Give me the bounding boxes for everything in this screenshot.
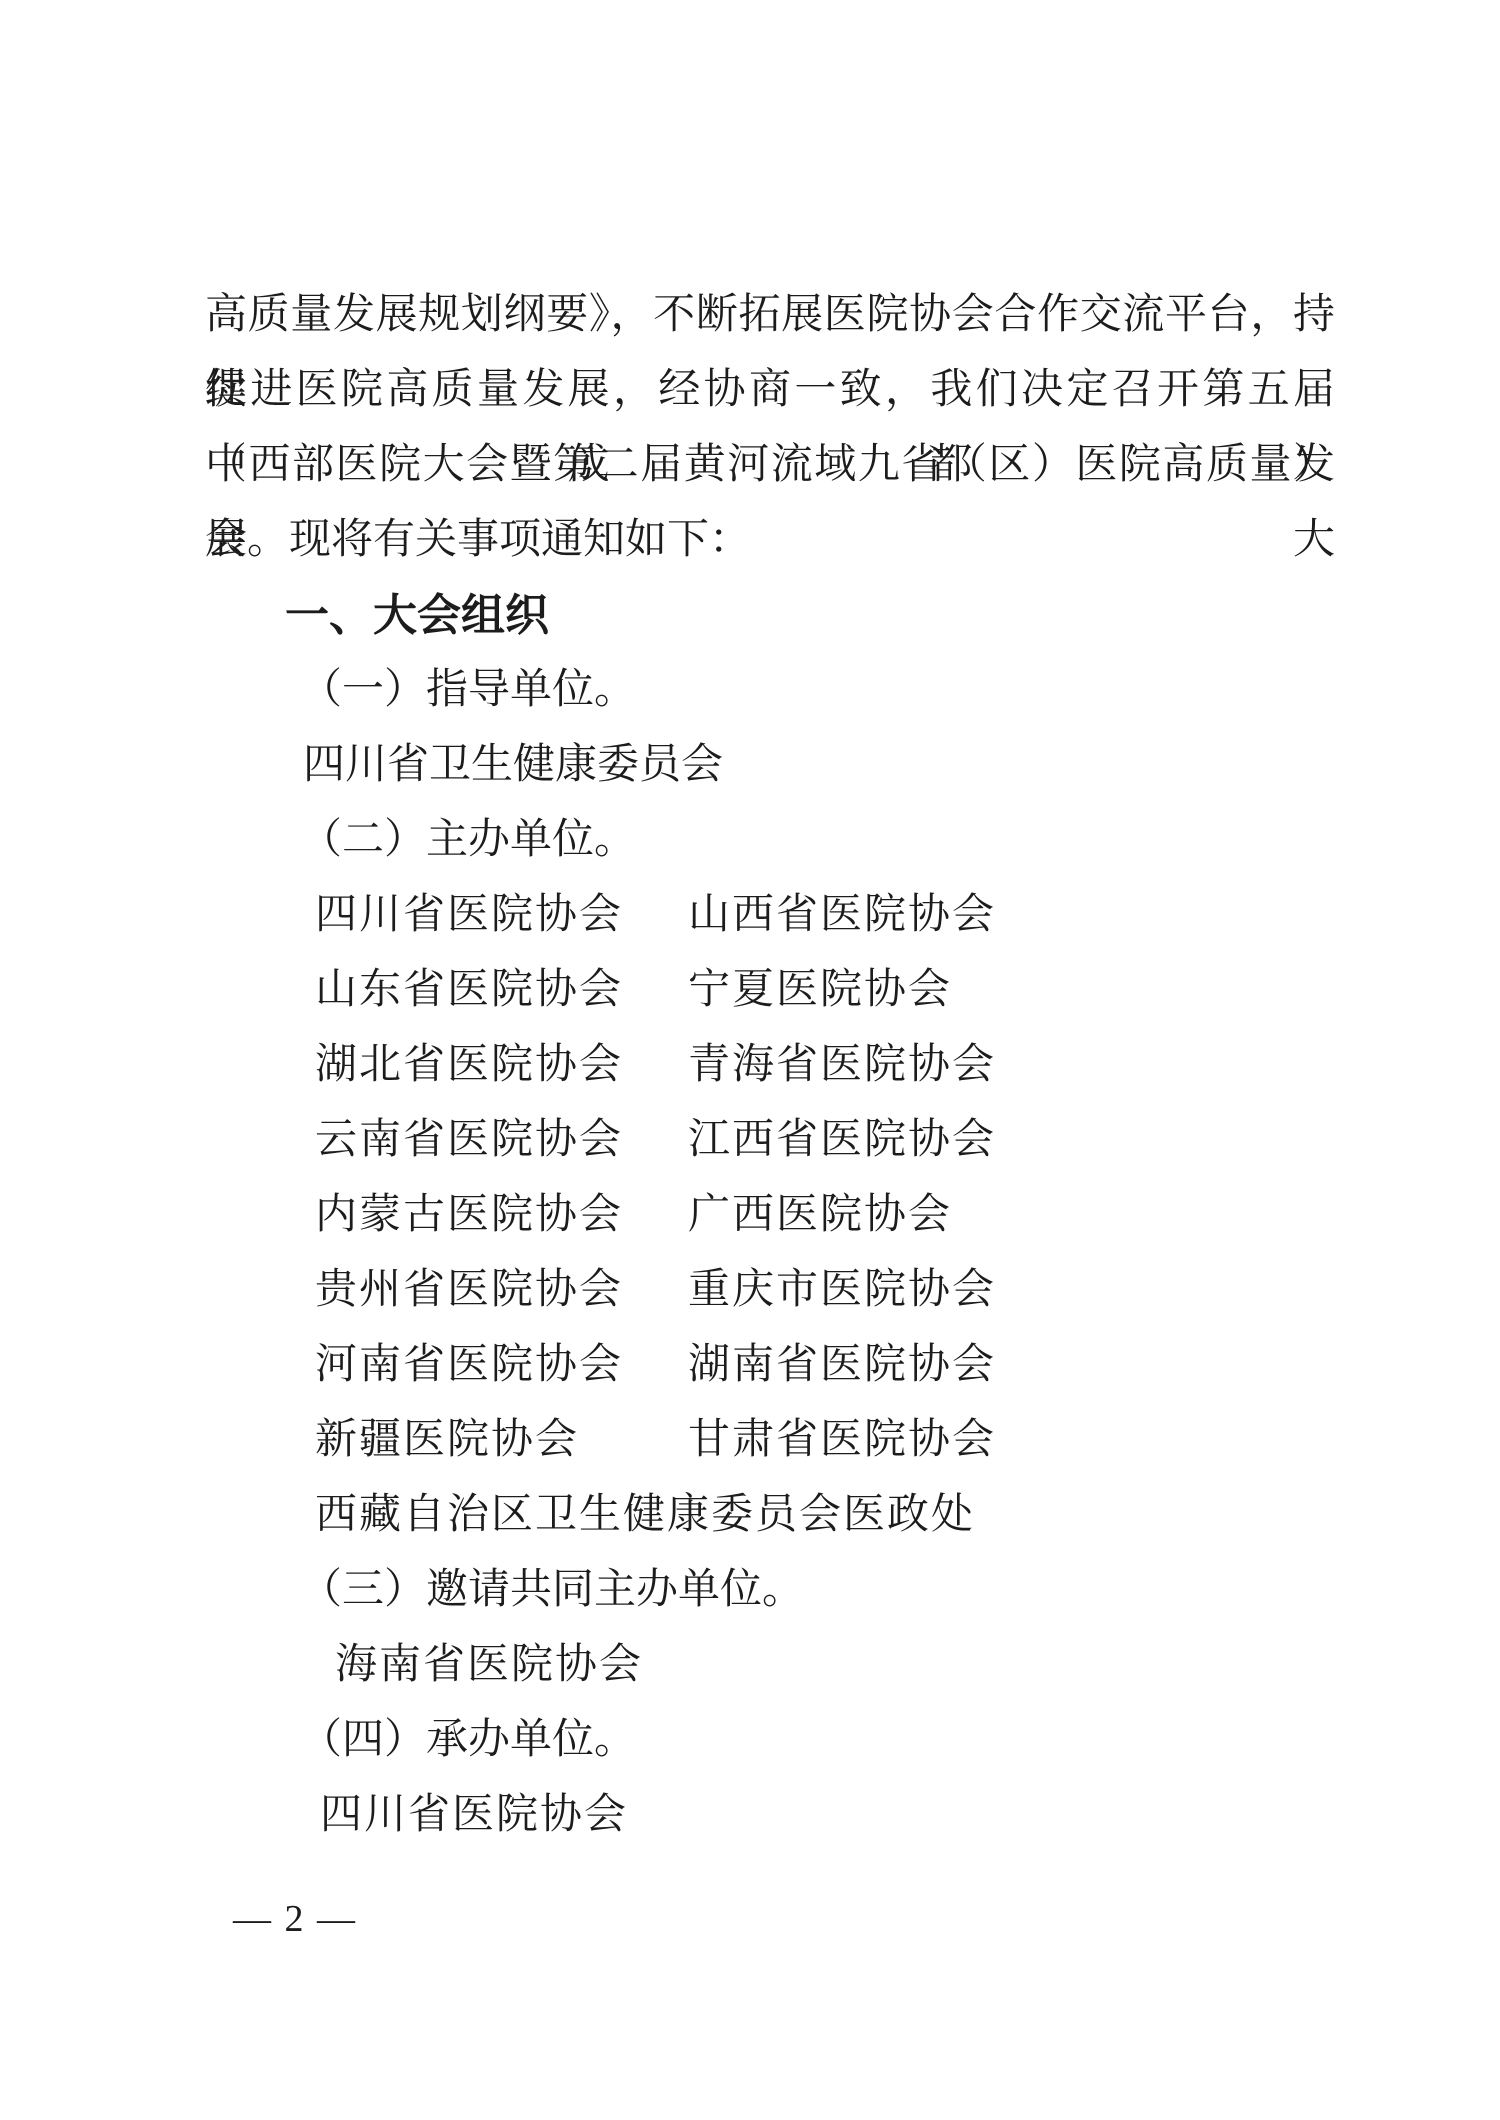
host-row: 山东省医院协会宁夏医院协会 <box>205 953 1335 1028</box>
paragraph-line: 促进医院高质量发展，经协商一致，我们决定召开第五届（成都） <box>205 353 1335 428</box>
host-row: 湖北省医院协会青海省医院协会 <box>205 1028 1335 1103</box>
paragraph-line: 中西部医院大会暨第二届黄河流域九省（区）医院高质量发展大 <box>205 428 1335 503</box>
host-unit: 甘肃省医院协会 <box>688 1417 996 1463</box>
section-heading: 一、大会组织 <box>205 578 1335 653</box>
host-unit: 青海省医院协会 <box>688 1042 996 1088</box>
host-unit: 湖南省医院协会 <box>688 1342 996 1388</box>
guidance-unit: 四川省卫生健康委员会 <box>205 728 1335 803</box>
host-row: 云南省医院协会江西省医院协会 <box>205 1103 1335 1178</box>
host-row: 新疆医院协会甘肃省医院协会 <box>205 1403 1335 1478</box>
subsection-title-guidance: （一）指导单位。 <box>205 653 1335 728</box>
host-unit: 内蒙古医院协会 <box>315 1178 688 1253</box>
host-row: 四川省医院协会山西省医院协会 <box>205 878 1335 953</box>
host-row: 贵州省医院协会重庆市医院协会 <box>205 1253 1335 1328</box>
subsection-title-organizer: （四）承办单位。 <box>205 1703 1335 1778</box>
co-host-unit: 海南省医院协会 <box>205 1628 1335 1703</box>
host-unit: 四川省医院协会 <box>315 878 688 953</box>
host-unit: 山东省医院协会 <box>315 953 688 1028</box>
host-unit: 宁夏医院协会 <box>688 967 952 1013</box>
organizer-unit: 四川省医院协会 <box>205 1778 1335 1853</box>
document-body: 高质量发展规划纲要》，不断拓展医院协会合作交流平台，持续 促进医院高质量发展，经… <box>205 278 1335 1853</box>
host-unit: 广西医院协会 <box>688 1192 952 1238</box>
host-row: 内蒙古医院协会广西医院协会 <box>205 1178 1335 1253</box>
subsection-title-co-hosts: （三）邀请共同主办单位。 <box>205 1553 1335 1628</box>
host-unit: 山西省医院协会 <box>688 892 996 938</box>
page-number: — 2 — <box>233 1894 357 1944</box>
host-unit: 贵州省医院协会 <box>315 1253 688 1328</box>
paragraph-line: 高质量发展规划纲要》，不断拓展医院协会合作交流平台，持续 <box>205 278 1335 353</box>
host-unit: 河南省医院协会 <box>315 1328 688 1403</box>
host-unit: 云南省医院协会 <box>315 1103 688 1178</box>
host-unit: 江西省医院协会 <box>688 1117 996 1163</box>
host-unit-full-width: 西藏自治区卫生健康委员会医政处 <box>205 1478 1335 1553</box>
document-page: 高质量发展规划纲要》，不断拓展医院协会合作交流平台，持续 促进医院高质量发展，经… <box>0 0 1500 2120</box>
host-row: 河南省医院协会湖南省医院协会 <box>205 1328 1335 1403</box>
host-unit: 湖北省医院协会 <box>315 1028 688 1103</box>
host-unit: 重庆市医院协会 <box>688 1267 996 1313</box>
subsection-title-hosts: （二）主办单位。 <box>205 803 1335 878</box>
host-unit: 新疆医院协会 <box>315 1403 688 1478</box>
